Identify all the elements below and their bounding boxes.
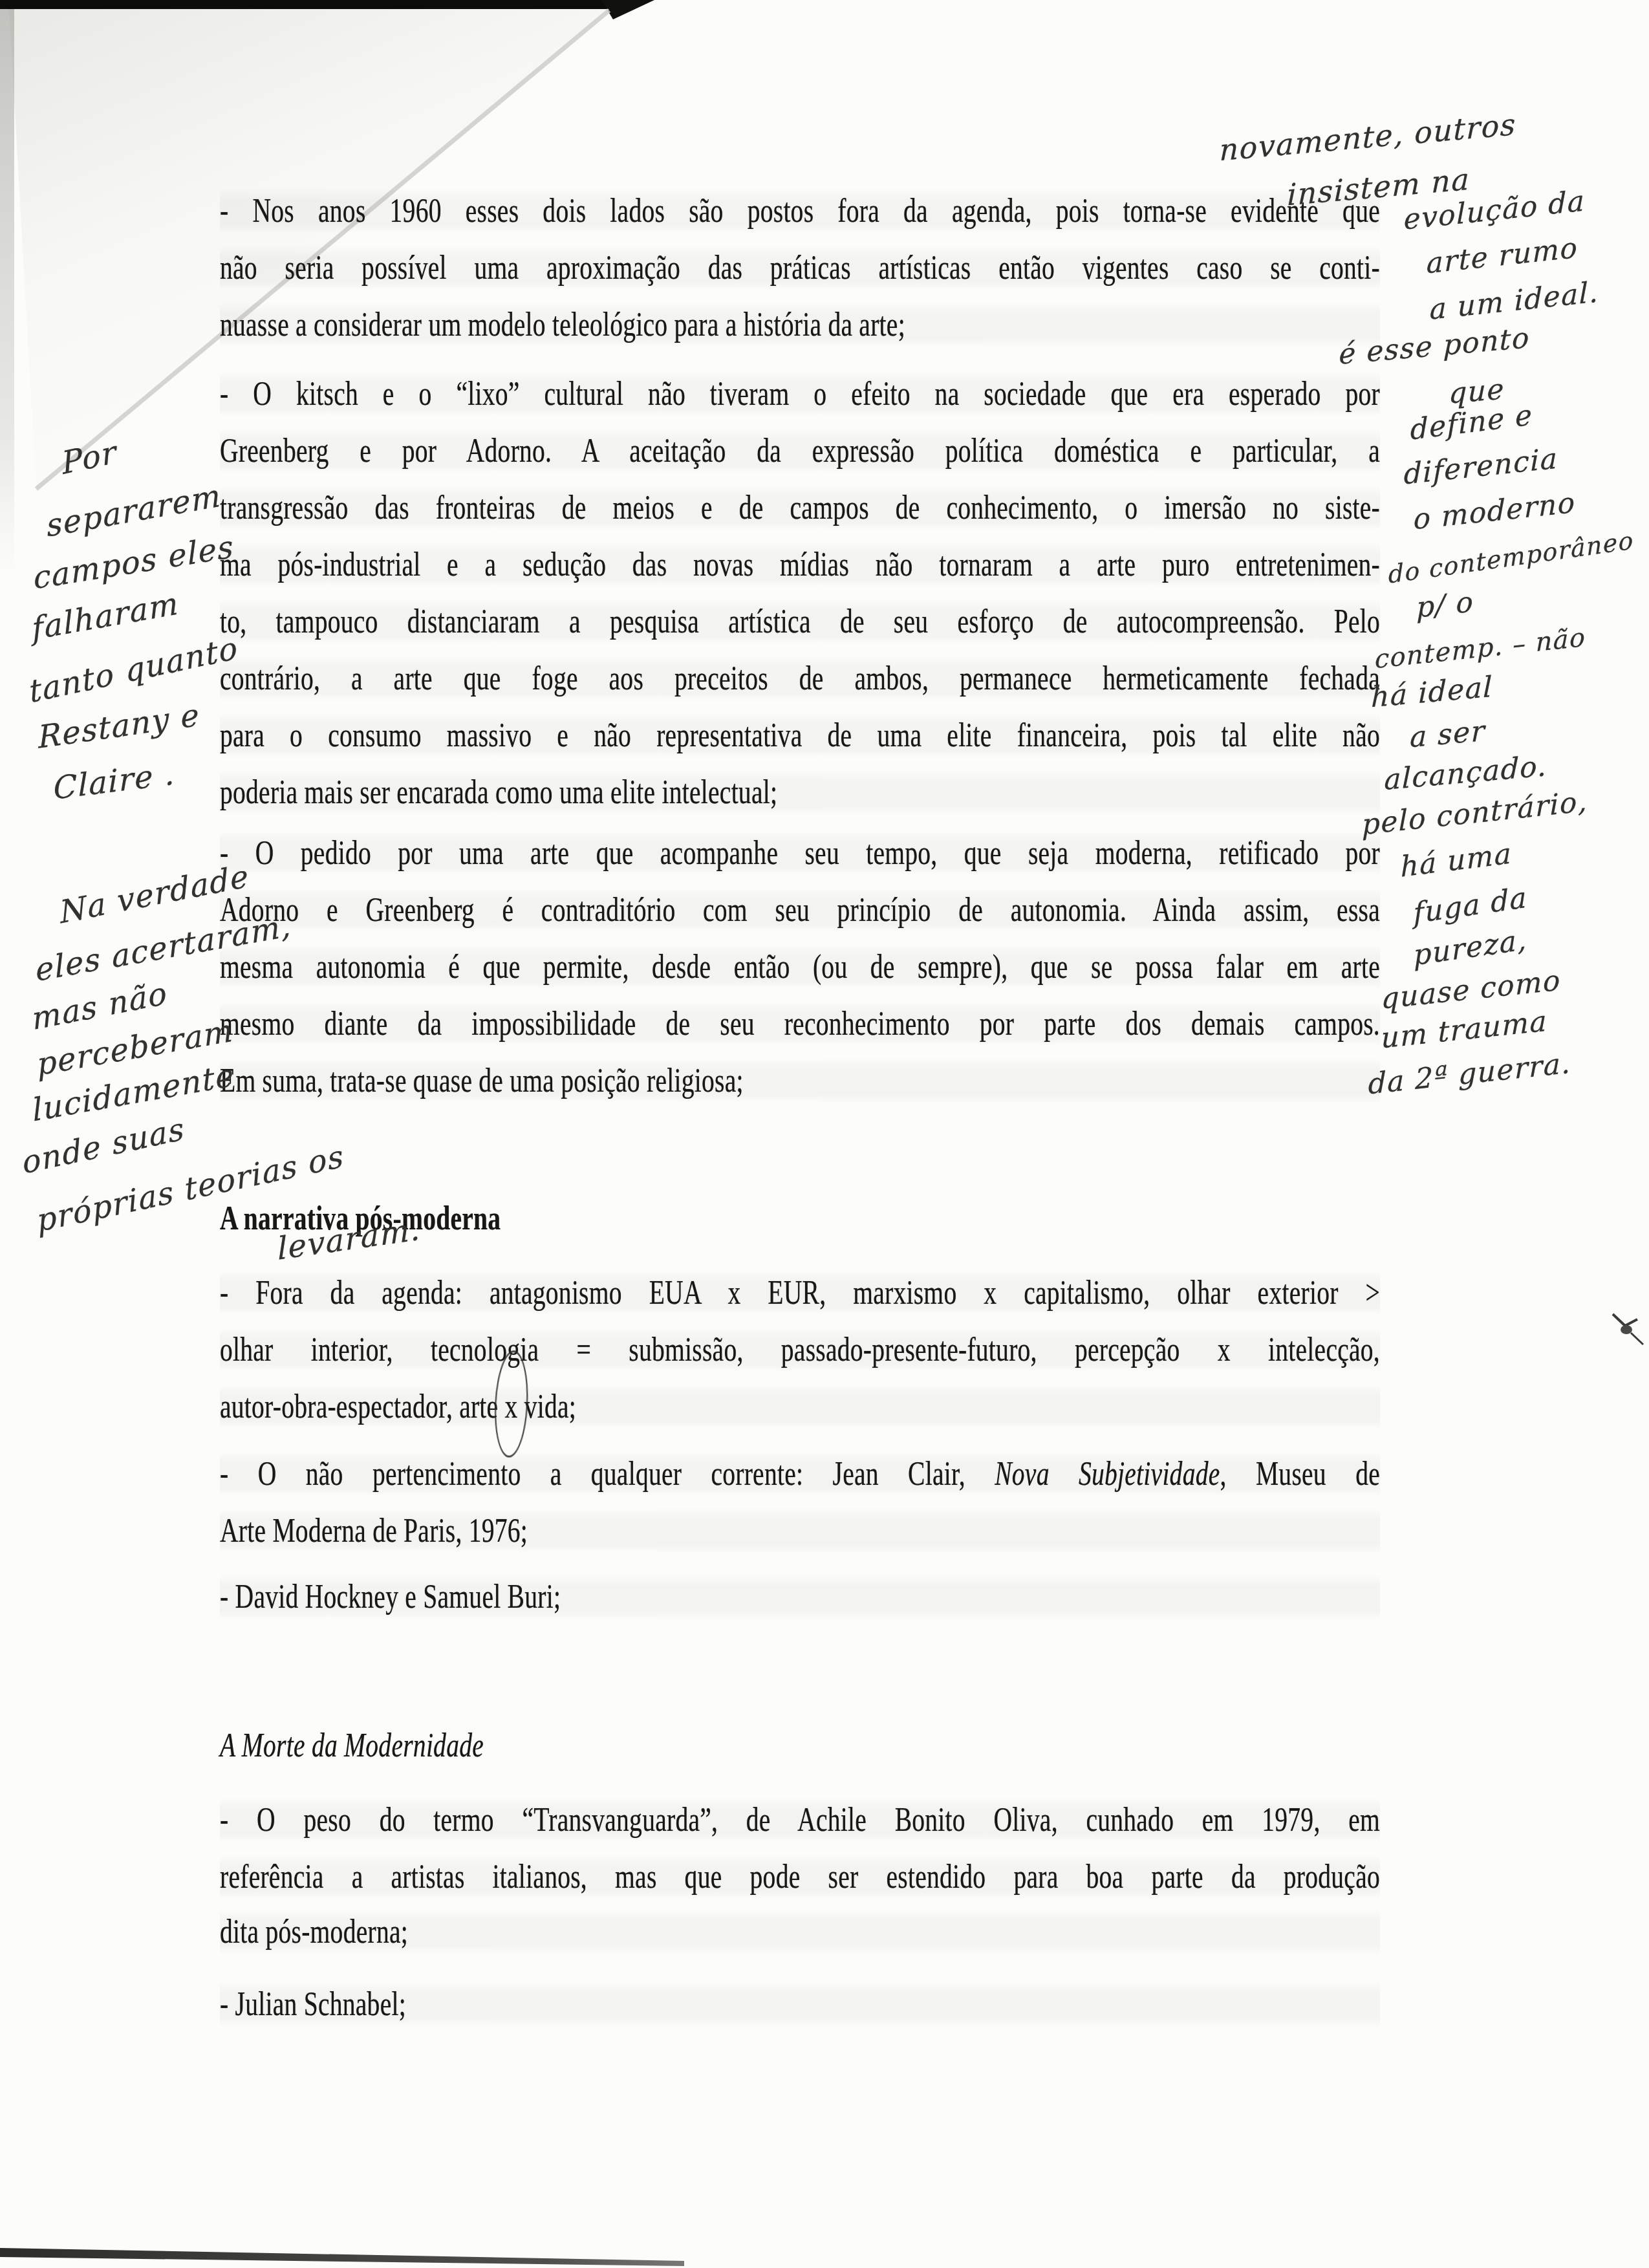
scan-edge-top-bar: [0, 0, 607, 9]
handwritten-note-line: define e: [1410, 398, 1533, 447]
handwritten-note-line: há uma: [1400, 837, 1512, 883]
body-line: - Nos anos 1960 esses dois lados são pos…: [220, 188, 1380, 233]
body-line: transgressão das fronteiras de meios e d…: [220, 485, 1380, 530]
body-text: autor-obra-espectador, arte: [220, 1388, 505, 1425]
handwritten-note-line: Claire .: [53, 755, 175, 806]
body-line: ma pós-industrial e a sedução das novas …: [220, 542, 1380, 587]
handwritten-note-line: alcançado.: [1384, 750, 1547, 797]
body-line: nuasse a considerar um modelo teleológic…: [220, 302, 1380, 347]
handwritten-note-line: há ideal: [1371, 671, 1493, 715]
body-line: Greenberg e por Adorno. A aceitação da e…: [220, 428, 1380, 473]
body-line: to, tampouco distanciaram a pesquisa art…: [220, 599, 1380, 644]
body-line: Arte Moderna de Paris, 1976;: [220, 1508, 1380, 1553]
handwritten-note-line: a um ideal.: [1430, 275, 1599, 327]
handwritten-note-line: Restany e: [38, 697, 200, 755]
body-line: poderia mais ser encarada como uma elite…: [220, 770, 1380, 815]
body-line: olhar interior, tecnologia = submissão, …: [220, 1327, 1380, 1372]
handwritten-note-line: pureza,: [1413, 923, 1528, 973]
body-text: - O não pertencimento a qualquer corrent…: [220, 1455, 995, 1493]
body-line: referência a artistas italianos, mas que…: [220, 1854, 1380, 1899]
body-line: dita pós-moderna;: [220, 1909, 1380, 1954]
italic-title: Nova Subjetividade: [995, 1455, 1220, 1493]
handwritten-note-line: do contemporâneo: [1388, 526, 1634, 589]
body-line: - David Hockney e Samuel Buri;: [220, 1574, 1380, 1619]
handwritten-note-line: falharam: [31, 585, 180, 647]
body-line: autor-obra-espectador, arte x vida;: [220, 1384, 1380, 1429]
handwritten-note-line: o moderno: [1414, 486, 1576, 537]
scanned-page: - Nos anos 1960 esses dois lados são pos…: [0, 0, 1649, 2268]
scan-edge-left-strip: [0, 9, 14, 578]
body-line: - O kitsch e o “lixo” cultural não tiver…: [220, 371, 1380, 416]
body-line: - O não pertencimento a qualquer corrent…: [220, 1451, 1380, 1496]
body-line: mesmo diante da impossibilidade de seu r…: [220, 1001, 1380, 1046]
circled-x-annotation: x: [505, 1384, 518, 1429]
handwritten-note-line: arte rumo: [1427, 232, 1579, 281]
body-line: - Julian Schnabel;: [220, 1982, 1380, 2027]
body-line: para o consumo massivo e não representat…: [220, 713, 1380, 758]
body-line: mesma autonomia é que permite, desde ent…: [220, 944, 1380, 989]
handwritten-note-line: a ser: [1410, 715, 1486, 755]
body-line: - O peso do termo “Transvanguarda”, de A…: [220, 1797, 1380, 1842]
body-line: Em suma, trata-se quase de uma posição r…: [220, 1058, 1380, 1103]
handwritten-note-line: diferencia: [1404, 442, 1558, 491]
body-line: Adorno e Greenberg é contraditório com s…: [220, 887, 1380, 933]
body-line: - Fora da agenda: antagonismo EUA x EUR,…: [220, 1270, 1380, 1315]
body-line: contrário, a arte que foge aos preceitos…: [220, 656, 1380, 701]
scan-edge-bottom-streak: [0, 2248, 684, 2266]
ink-mark: [1613, 1314, 1643, 1345]
handwritten-note-line: p/ o: [1416, 585, 1474, 625]
handwritten-note-line: da 2ª guerra.: [1368, 1046, 1571, 1101]
body-line: - O pedido por uma arte que acompanhe se…: [220, 830, 1380, 876]
body-line: não seria possível uma aproximação das p…: [220, 245, 1380, 290]
handwritten-note-line: Por: [60, 434, 119, 482]
handwritten-note-line: novamente, outros: [1219, 107, 1516, 167]
section-heading-morte: A Morte da Modernidade: [220, 1723, 1380, 1768]
scan-edge-top-wedge: [601, 0, 654, 19]
handwritten-note-line: contemp. – não: [1375, 623, 1586, 675]
handwritten-note-line: fuga da: [1413, 881, 1528, 930]
body-text: , Museu de: [1220, 1455, 1380, 1493]
